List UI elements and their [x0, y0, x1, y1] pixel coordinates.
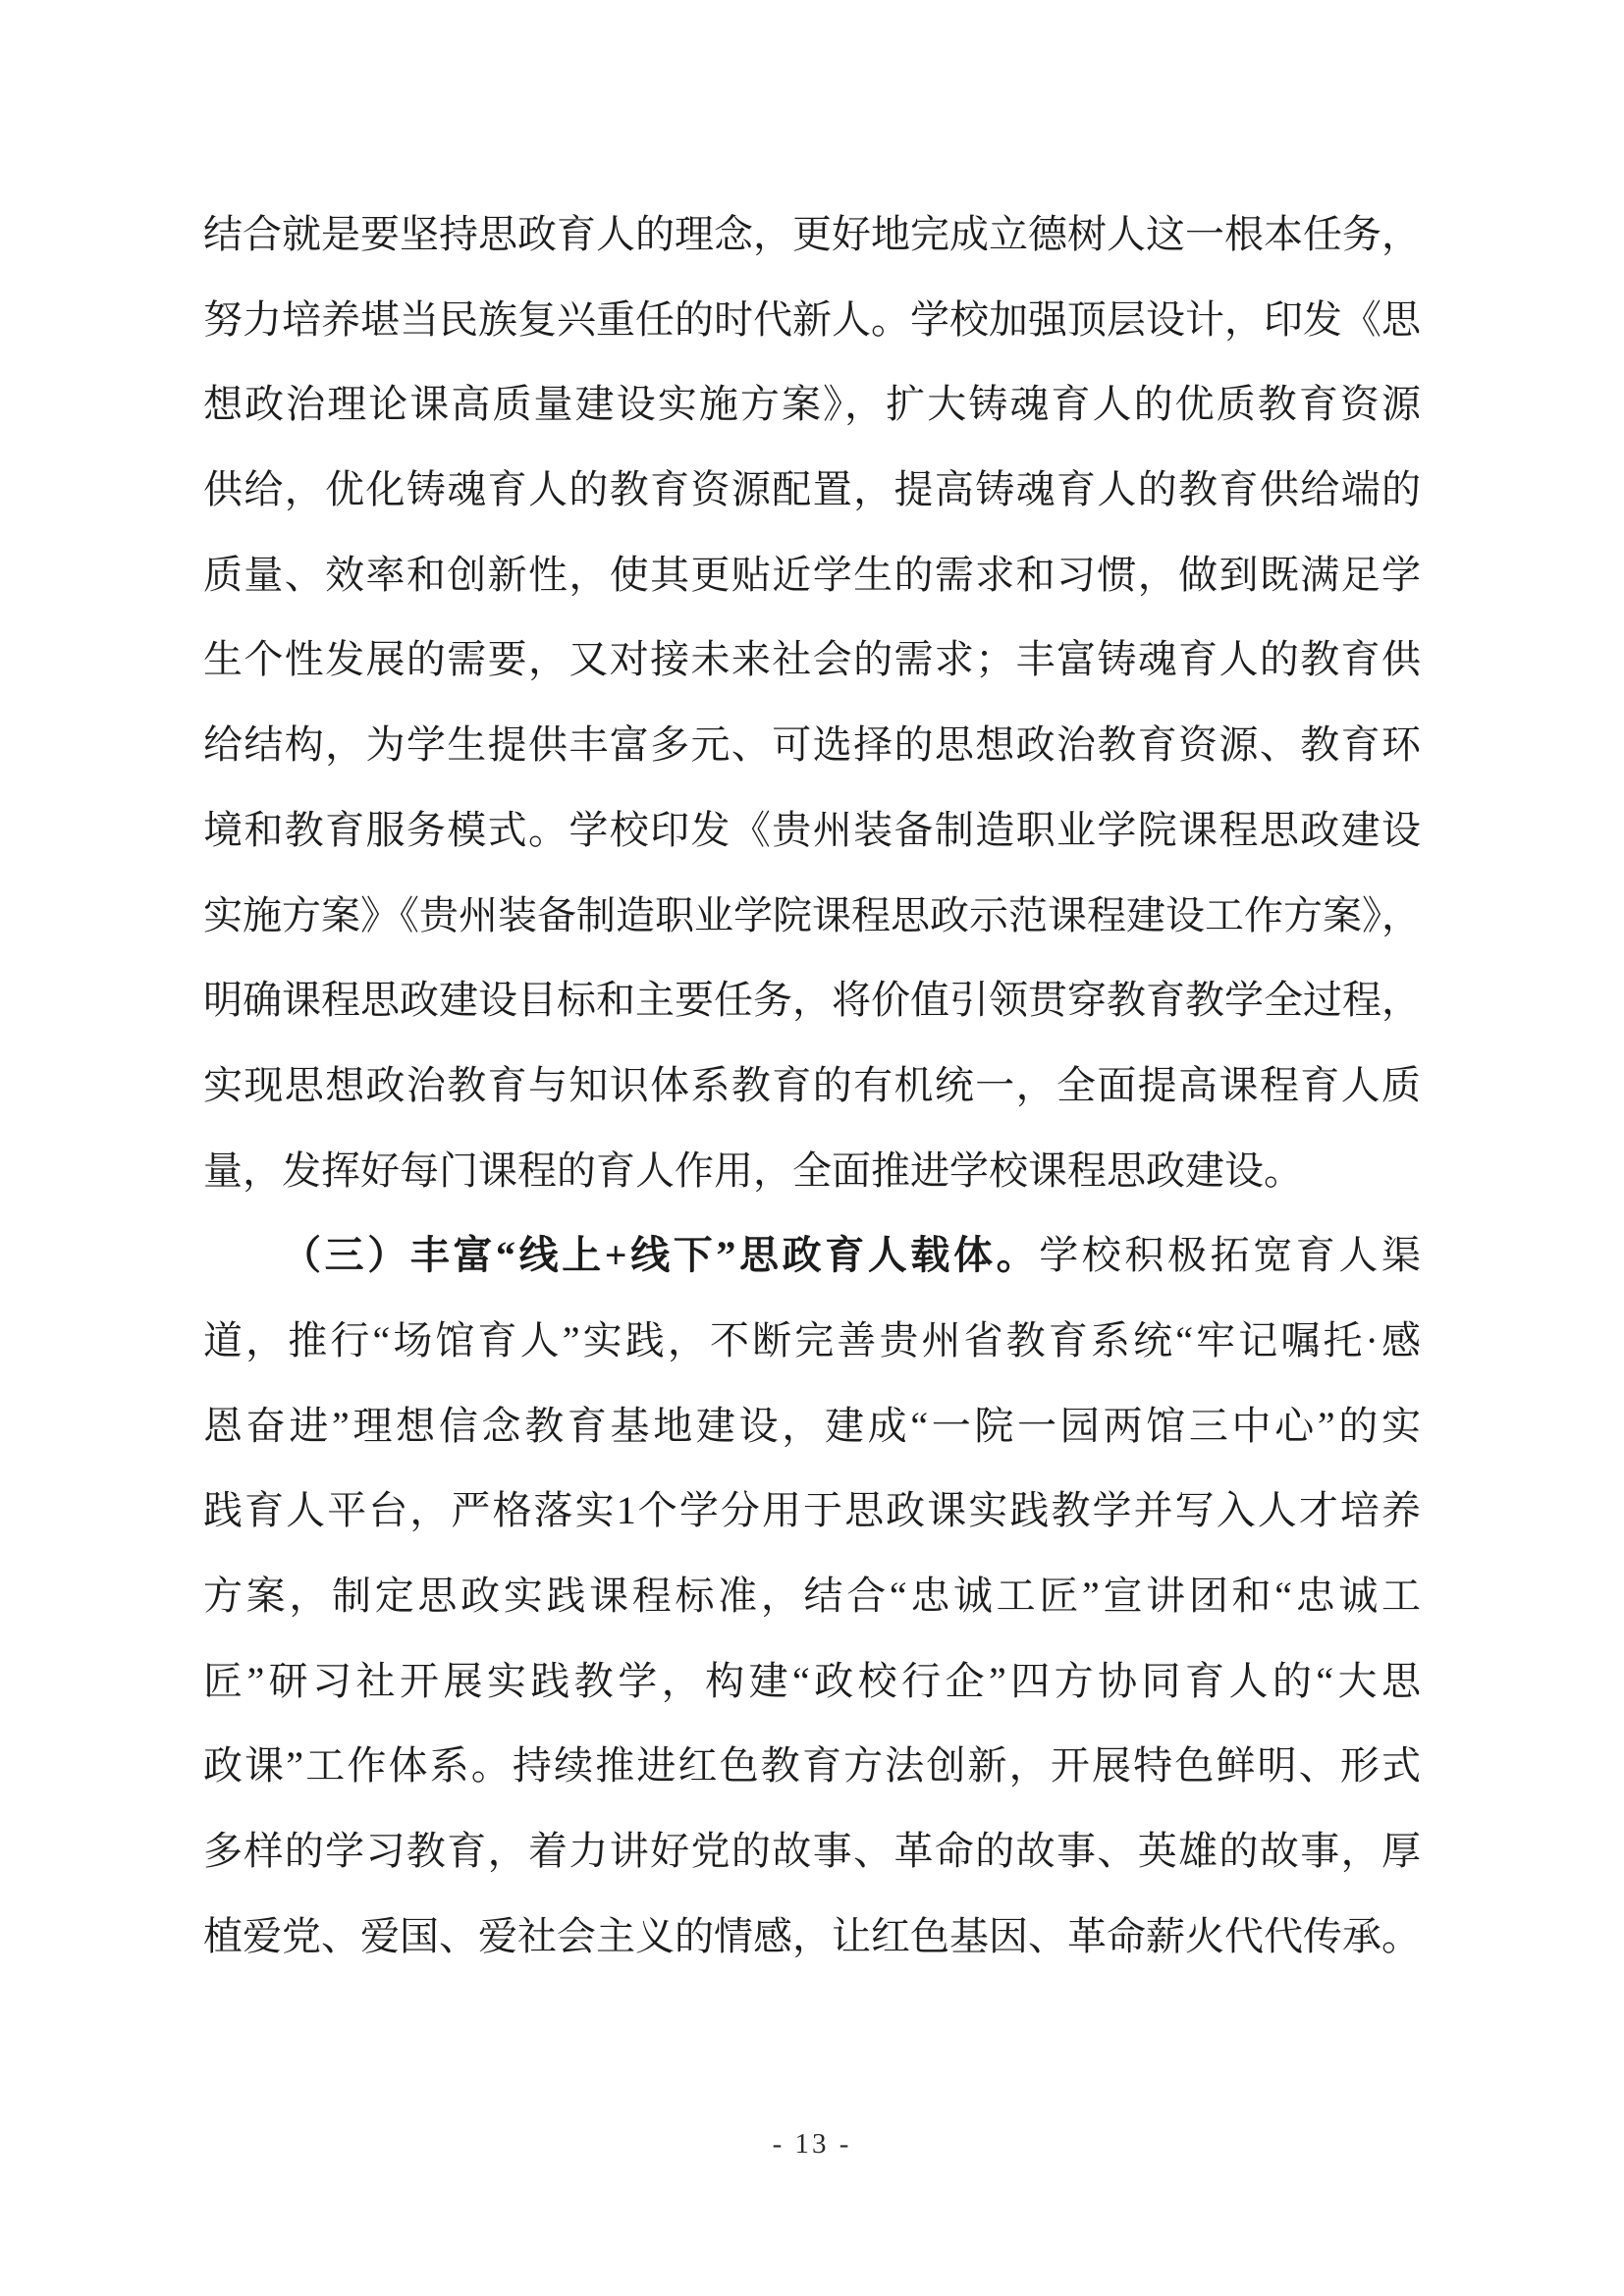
body-text-line: 努力培养堪当民族复兴重任的时代新人。学校加强顶层设计，印发《思 [203, 278, 1421, 363]
page-number: - 13 - [0, 2128, 1624, 2161]
body-text-line: 实现思想政治教育与知识体系教育的有机统一，全面提高课程育人质 [203, 1043, 1421, 1129]
document-page: 结合就是要坚持思政育人的理念，更好地完成立德树人这一根本任务， 努力培养堪当民族… [0, 0, 1624, 2296]
body-text-line: 量，发挥好每门课程的育人作用，全面推进学校课程思政建设。 [203, 1129, 1421, 1214]
body-text-line: 匠”研习社开展实践教学，构建“政校行企”四方协同育人的“大思 [203, 1639, 1421, 1725]
body-text-line: 生个性发展的需要，又对接未来社会的需求；丰富铸魂育人的教育供 [203, 617, 1421, 703]
section-heading-line: （三）丰富“线上+线下”思政育人载体。学校积极拓宽育人渠 [203, 1213, 1421, 1299]
section-heading: （三）丰富“线上+线下”思政育人载体。 [282, 1233, 1039, 1277]
body-text-line: 道，推行“场馆育人”实践，不断完善贵州省教育系统“牢记嘱托·感 [203, 1299, 1421, 1384]
body-text-line: 想政治理论课高质量建设实施方案》，扩大铸魂育人的优质教育资源 [203, 362, 1421, 448]
body-text-line: 植爱党、爱国、爱社会主义的情感，让红色基因、革命薪火代代传承。 [203, 1895, 1421, 1980]
body-text-line: 践育人平台，严格落实1个学分用于思政课实践教学并写入人才培养 [203, 1468, 1421, 1554]
body-text-line: 实施方案》《贵州装备制造职业学院课程思政示范课程建设工作方案》， [203, 874, 1421, 959]
body-text-line: 明确课程思政建设目标和主要任务，将价值引领贯穿教育教学全过程， [203, 958, 1421, 1043]
document-body: 结合就是要坚持思政育人的理念，更好地完成立德树人这一根本任务， 努力培养堪当民族… [203, 192, 1421, 1979]
body-text-line: 质量、效率和创新性，使其更贴近学生的需求和习惯，做到既满足学 [203, 533, 1421, 618]
body-text-line: 供给，优化铸魂育人的教育资源配置，提高铸魂育人的教育供给端的 [203, 448, 1421, 533]
body-text-line: 方案，制定思政实践课程标准，结合“忠诚工匠”宣讲团和“忠诚工 [203, 1554, 1421, 1639]
body-text-line: 恩奋进”理想信念教育基地建设，建成“一院一园两馆三中心”的实 [203, 1384, 1421, 1469]
body-text-line: 给结构，为学生提供丰富多元、可选择的思想政治教育资源、教育环 [203, 703, 1421, 788]
body-text-line: 政课”工作体系。持续推进红色教育方法创新，开展特色鲜明、形式 [203, 1724, 1421, 1809]
section-heading-trailing-text: 学校积极拓宽育人渠 [1039, 1233, 1421, 1277]
body-text-line: 多样的学习教育，着力讲好党的故事、革命的故事、英雄的故事，厚 [203, 1809, 1421, 1895]
body-text-line: 结合就是要坚持思政育人的理念，更好地完成立德树人这一根本任务， [203, 192, 1421, 278]
body-text-line: 境和教育服务模式。学校印发《贵州装备制造职业学院课程思政建设 [203, 788, 1421, 874]
